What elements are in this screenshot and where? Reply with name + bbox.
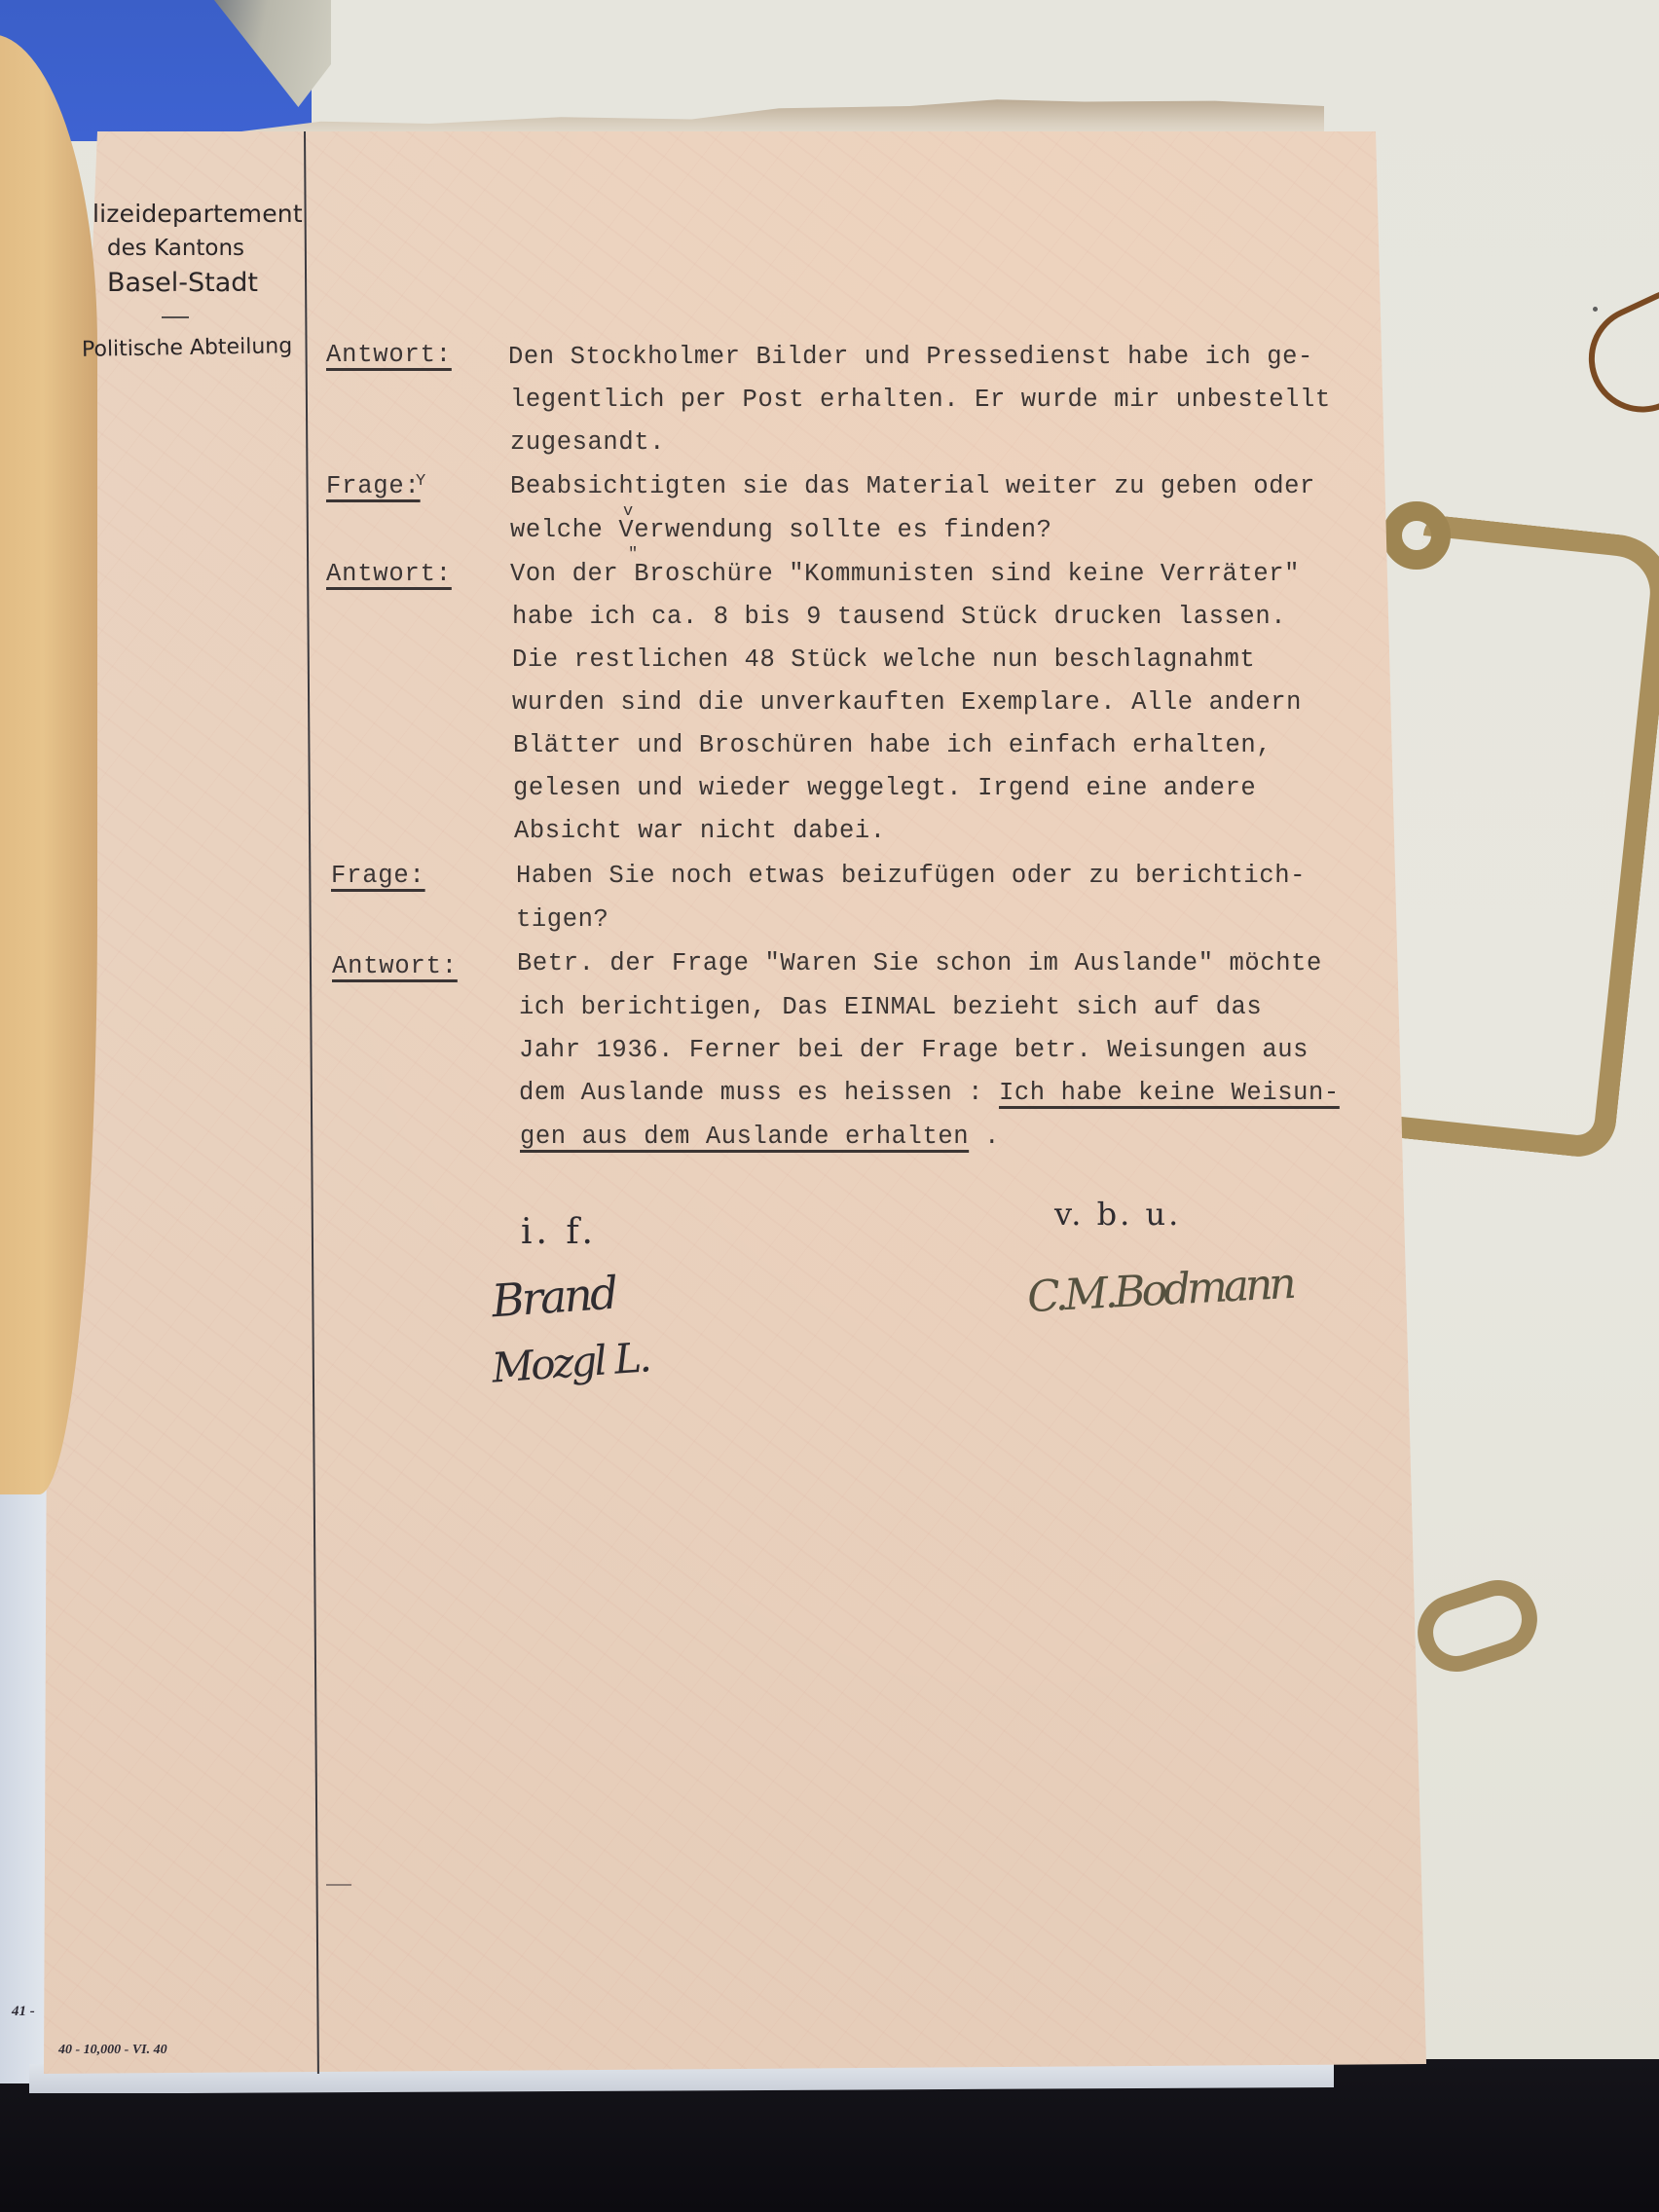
answer-3-line-1: Betr. der Frage "Waren Sie schon im Ausl…: [517, 949, 1322, 977]
answer-3-line-3: Jahr 1936. Ferner bei der Frage betr. We…: [519, 1036, 1309, 1064]
signature-brand: Brand: [490, 1267, 617, 1328]
ribbon-knot: [1382, 501, 1451, 570]
signature-left-prefix: i. f.: [521, 1212, 597, 1252]
answer-1-line-2: legentlich per Post erhalten. Er wurde m…: [510, 386, 1331, 414]
qa-label-antwort-1: Antwort:: [326, 341, 452, 369]
qa-label-antwort-3: Antwort:: [332, 952, 458, 980]
answer-2-line-7: Absicht war nicht dabei.: [514, 817, 886, 845]
answer-3-trailing-period: .: [969, 1123, 1000, 1151]
answer-3-line-4: dem Auslande muss es heissen : Ich habe …: [519, 1079, 1340, 1107]
answer-2-line-1: Von der Broschüre "Kommunisten sind kein…: [510, 560, 1300, 588]
question-1-line-1: Beabsichtigten sie das Material weiter z…: [510, 472, 1315, 500]
answer-3-underlined-statement-2: gen aus dem Auslande erhalten: [520, 1123, 969, 1151]
qa-label-frage-1: Frage:: [326, 472, 421, 500]
answer-2-line-2: habe ich ca. 8 bis 9 tausend Stück druck…: [512, 603, 1286, 631]
answer-1-line-1: Den Stockholmer Bilder und Pressedienst …: [508, 343, 1313, 371]
typed-overstrike-mark: Y: [416, 472, 425, 491]
answer-2-line-5: Blätter und Broschüren habe ich einfach …: [513, 731, 1272, 759]
previous-page-curl: [0, 34, 97, 1494]
answer-2-line-4: wurden sind die unverkauften Exemplare. …: [512, 688, 1302, 717]
answer-2-line-3: Die restlichen 48 Stück welche nun besch…: [512, 645, 1255, 674]
question-1-line-2: welche Verwendung sollte es finden?: [510, 516, 1052, 544]
letterhead-department: lizeidepartement: [92, 200, 303, 228]
form-code: 40 - 10,000 - VI. 40: [58, 2043, 167, 2058]
answer-2-line-6: gelesen und wieder weggelegt. Irgend ein…: [513, 774, 1256, 802]
signature-right-prefix: v. b. u.: [1054, 1196, 1181, 1233]
letterhead-divider: [162, 316, 189, 318]
letterhead-division: Politische Abteilung: [82, 334, 293, 362]
dust-dot: [1593, 307, 1598, 312]
answer-3-underlined-statement-1: Ich habe keine Weisun-: [999, 1079, 1340, 1107]
qa-label-frage-2: Frage:: [331, 862, 425, 890]
question-2-line-1: Haben Sie noch etwas beizufügen oder zu …: [516, 862, 1306, 890]
margin-tick: [326, 1884, 351, 1886]
answer-3-line-4-plain: dem Auslande muss es heissen :: [519, 1079, 999, 1107]
answer-3-line-5: gen aus dem Auslande erhalten .: [520, 1123, 1000, 1151]
letterhead-city: Basel-Stadt: [107, 268, 258, 298]
page-number: 41 -: [12, 2004, 35, 2020]
letterhead-canton: des Kantons: [107, 236, 244, 261]
answer-1-line-3: zugesandt.: [510, 428, 665, 457]
answer-3-line-2: ich berichtigen, Das EINMAL bezieht sich…: [519, 993, 1262, 1021]
question-2-line-2: tigen?: [516, 905, 608, 934]
qa-label-antwort-2: Antwort:: [326, 560, 452, 588]
